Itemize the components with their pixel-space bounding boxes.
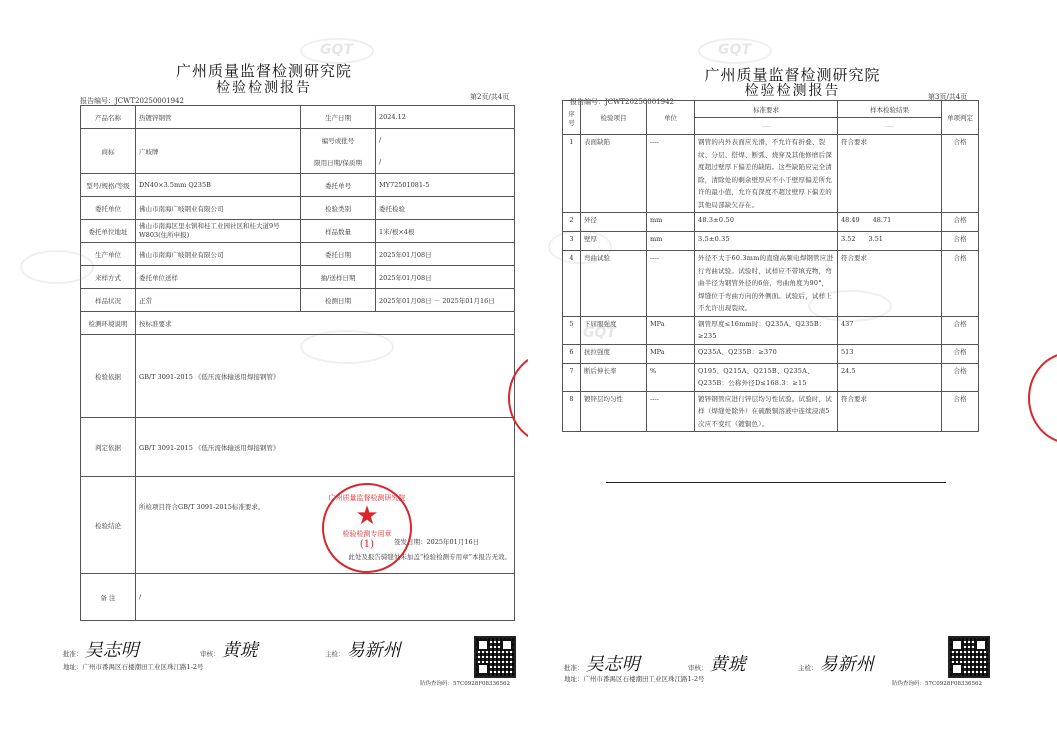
cell-requirement: 钢管的内外表面应光滑，不允许有折叠、裂纹、分层、搭焊、断弧、烧穿及其他修磨后深度… [695, 135, 838, 213]
cell-unit: ---- [647, 135, 695, 213]
sample-quantity: 1米/根×4根 [376, 220, 515, 243]
cell-verdict: 合格 [942, 344, 979, 363]
label: 生产日期 [301, 106, 376, 129]
cell-unit: MPa [647, 344, 695, 363]
seam-stamp-left-half [508, 352, 528, 444]
seam-stamp-right-half [1028, 352, 1057, 444]
cell-verdict: 合格 [942, 316, 979, 344]
cell-no: 1 [563, 135, 581, 213]
environment: 按标准要求 [136, 312, 515, 335]
label: 产品名称 [81, 106, 136, 129]
label: 检验类别 [301, 197, 376, 220]
qr-code[interactable] [474, 636, 516, 678]
cell-result: 24.5 [838, 363, 942, 391]
test-basis: GB/T 3091-2015 《低压流体输送用焊接钢管》 [136, 335, 515, 418]
end-of-table-line [606, 482, 946, 483]
review-signature: 审核： 黄琥 [688, 650, 746, 676]
qr-code[interactable] [948, 636, 990, 678]
cell-result: 48.49 48.71 [838, 213, 942, 232]
manufacturer: 佛山市南海广岐钢业有限公司 [136, 243, 301, 266]
cell-requirement: 外径不大于60.3mm的直缝高频电焊钢管应进行弯曲试验。试验时，试样应不带填充物… [695, 251, 838, 317]
cell-requirement: Q235A、Q235B：≥370 [695, 344, 838, 363]
report-title: 检验检测报告 [0, 77, 528, 97]
header-unit: 单位 [647, 101, 695, 135]
review-label: 审核： [688, 664, 708, 672]
cell-no: 4 [563, 251, 581, 317]
cell-no: 3 [563, 232, 581, 251]
cell-unit: mm [647, 213, 695, 232]
report-page-2: GQT 广州质量监督检测研究院 检验检测报告 报告编号：JCWT20250001… [0, 0, 528, 753]
cell-verdict: 合格 [942, 135, 979, 213]
cell-item: 抗拉强度 [581, 344, 647, 363]
review-signature: 审核： 黄琥 [200, 636, 258, 662]
header-result: 样本检验结果 [838, 101, 942, 118]
cell-verdict: 合格 [942, 391, 979, 432]
inspector-signature: 主检： 易新州 [798, 650, 874, 676]
review-sig: 黄琥 [222, 640, 258, 661]
star-icon: ★ [324, 503, 410, 529]
label: 委托单号 [301, 174, 376, 197]
report-number-label: 报告编号： [80, 97, 115, 105]
approve-label: 批准： [564, 664, 584, 672]
cell-item: 弯曲试验 [581, 251, 647, 317]
judgement-basis: GB/T 3091-2015 《低压流体输送用焊接钢管》 [136, 418, 515, 477]
label: 检验结论 [81, 477, 136, 574]
header-verdict: 单项判定 [942, 101, 979, 135]
label: 来样方式 [81, 266, 136, 289]
cell-result: 符合要求 [838, 391, 942, 432]
cell-verdict: 合格 [942, 232, 979, 251]
cell-requirement: 48.3±0.50 [695, 213, 838, 232]
label: 生产单位 [81, 243, 136, 266]
cell-result: 3.52 3.51 [838, 232, 942, 251]
trademark: 广岐牌 [136, 129, 301, 174]
cell-item: 表面缺陷 [581, 135, 647, 213]
remarks: / [136, 574, 515, 621]
inspector-sig: 易新州 [820, 654, 874, 675]
label: 样品状况 [81, 289, 136, 312]
cell-no: 7 [563, 363, 581, 391]
label: 备 注 [81, 574, 136, 621]
cell-requirement: 3.5±0.35 [695, 232, 838, 251]
approve-label: 批准： [63, 650, 83, 658]
cell-unit: % [647, 363, 695, 391]
expiry: / [376, 151, 515, 174]
approve-signature: 批准： 吴志明 [564, 650, 640, 676]
cell-result: 符合要求 [838, 251, 942, 317]
production-date: 2024.12 [376, 106, 515, 129]
sampling-method: 委托单位送样 [136, 266, 301, 289]
test-date: 2025年01月08日 － 2025年01月16日 [376, 289, 515, 312]
gqt-watermark: GQT [320, 42, 353, 58]
label: 判定依据 [81, 418, 136, 477]
stamp-bottom-text: 检验检测专用章 [324, 529, 410, 539]
report-page-3: GQT GQT 广州质量监督检测研究院 检验检测报告 报告编号：JCWT2025… [528, 0, 1057, 753]
label: 商标 [81, 129, 136, 174]
inspector-sig: 易新州 [347, 640, 401, 661]
approve-sig: 吴志明 [85, 640, 139, 661]
header-requirement: 标准要求 [695, 101, 838, 118]
cell-result: 437 [838, 316, 942, 344]
cell-verdict: 合格 [942, 363, 979, 391]
cell-no: 6 [563, 344, 581, 363]
label: 型号/规格/等级 [81, 174, 136, 197]
review-sig: 黄琥 [710, 654, 746, 675]
cell-item: 断后伸长率 [581, 363, 647, 391]
label: 抽/送样日期 [301, 266, 376, 289]
label: 委托单位地址 [81, 220, 136, 243]
inspector-signature: 主检： 易新州 [325, 636, 401, 662]
stamp-number: (1) [324, 539, 410, 550]
approve-sig: 吴志明 [586, 654, 640, 675]
table-row: 8镀锌层均匀性----镀锌钢管应进行锌层均匀性试验。试验时，试样（焊缝处除外）在… [563, 391, 979, 432]
cell-no: 2 [563, 213, 581, 232]
table-row: 1表面缺陷----钢管的内外表面应光滑，不允许有折叠、裂纹、分层、搭焊、断弧、烧… [563, 135, 979, 213]
label: 限用日期/保质期 [301, 151, 376, 174]
cell-verdict: 合格 [942, 251, 979, 317]
header-sub-dash: ---- [695, 118, 838, 135]
address: 地址：广州市番禺区石楼潮田工业区珠江路1-2号 [63, 662, 203, 671]
cell-verdict: 合格 [942, 213, 979, 232]
page-indicator: 第2页/共4页 [470, 92, 509, 102]
sample-info-table: 产品名称 热镀锌钢管 生产日期 2024.12 商标 广岐牌 编号或批号 / 限… [80, 105, 515, 621]
header-no: 序号 [563, 101, 581, 135]
product-name: 热镀锌钢管 [136, 106, 301, 129]
official-stamp: 广州质量监督检测研究院 ★ 检验检测专用章 (1) [322, 483, 412, 573]
cell-result: 513 [838, 344, 942, 363]
address: 地址：广州市番禺区石楼潮田工业区珠江路1-2号 [564, 674, 704, 683]
results-table: 序号 检验项目 单位 标准要求 样本检验结果 单项判定 ---- ---- 1表… [562, 100, 979, 432]
anticounterfeit-code: 防伪查询码：57C0928F08336562 [420, 679, 510, 687]
cell-requirement: 镀锌钢管应进行锌层均匀性试验。试验时，试样（焊缝处除外）在硫酸铜溶液中连续浸渍5… [695, 391, 838, 432]
cell-requirement: Q195、Q215A、Q215B、Q235A、Q235B：公称外径D≤168.3… [695, 363, 838, 391]
table-row: 3壁厚mm3.5±0.353.52 3.51合格 [563, 232, 979, 251]
cell-unit: mm [647, 232, 695, 251]
report-number-value: JCWT20250001942 [115, 97, 184, 105]
client-address: 佛山市南海区里水镇和桂工业园社区和桂大道9号W803(住所申报) [136, 220, 301, 243]
cell-no: 8 [563, 391, 581, 432]
table-row: 5下屈服强度MPa钢管厚度≤16mm时：Q235A、Q235B：≥235437合… [563, 316, 979, 344]
order-number: MY72501081-5 [376, 174, 515, 197]
review-label: 审核： [200, 650, 220, 658]
table-row: 4弯曲试验----外径不大于60.3mm的直缝高频电焊钢管应进行弯曲试验。试验时… [563, 251, 979, 317]
label: 委托日期 [301, 243, 376, 266]
label: 检测环境说明 [81, 312, 136, 335]
entrust-date: 2025年01月08日 [376, 243, 515, 266]
inspector-label: 主检： [325, 650, 345, 658]
gqt-watermark: GQT [718, 42, 751, 58]
table-row: 6抗拉强度MPaQ235A、Q235B：≥370513合格 [563, 344, 979, 363]
label: 检验依据 [81, 335, 136, 418]
cell-no: 5 [563, 316, 581, 344]
cell-unit: MPa [647, 316, 695, 344]
cell-unit: ---- [647, 251, 695, 317]
label: 样品数量 [301, 220, 376, 243]
cell-unit: ---- [647, 391, 695, 432]
batch-number: / [376, 129, 515, 152]
label: 委托单位 [81, 197, 136, 220]
label: 编号或批号 [301, 129, 376, 152]
inspector-label: 主检： [798, 664, 818, 672]
anticounterfeit-code: 防伪查询码：57C0928F08336562 [892, 679, 982, 687]
sample-status: 正常 [136, 289, 301, 312]
table-row: 2外径mm48.3±0.5048.49 48.71合格 [563, 213, 979, 232]
cell-item: 外径 [581, 213, 647, 232]
model-spec: DN40×3.5mm Q235B [136, 174, 301, 197]
sampling-date: 2025年01月08日 [376, 266, 515, 289]
cell-item: 下屈服强度 [581, 316, 647, 344]
cell-item: 壁厚 [581, 232, 647, 251]
cell-item: 镀锌层均匀性 [581, 391, 647, 432]
table-row: 7断后伸长率%Q195、Q215A、Q215B、Q235A、Q235B：公称外径… [563, 363, 979, 391]
approve-signature: 批准： 吴志明 [63, 636, 139, 662]
header-sub-dash: ---- [838, 118, 942, 135]
test-type: 委托检验 [376, 197, 515, 220]
header-item: 检验项目 [581, 101, 647, 135]
cell-result: 符合要求 [838, 135, 942, 213]
client: 佛山市南海广岐钢业有限公司 [136, 197, 301, 220]
cell-requirement: 钢管厚度≤16mm时：Q235A、Q235B：≥235 [695, 316, 838, 344]
label: 检测日期 [301, 289, 376, 312]
